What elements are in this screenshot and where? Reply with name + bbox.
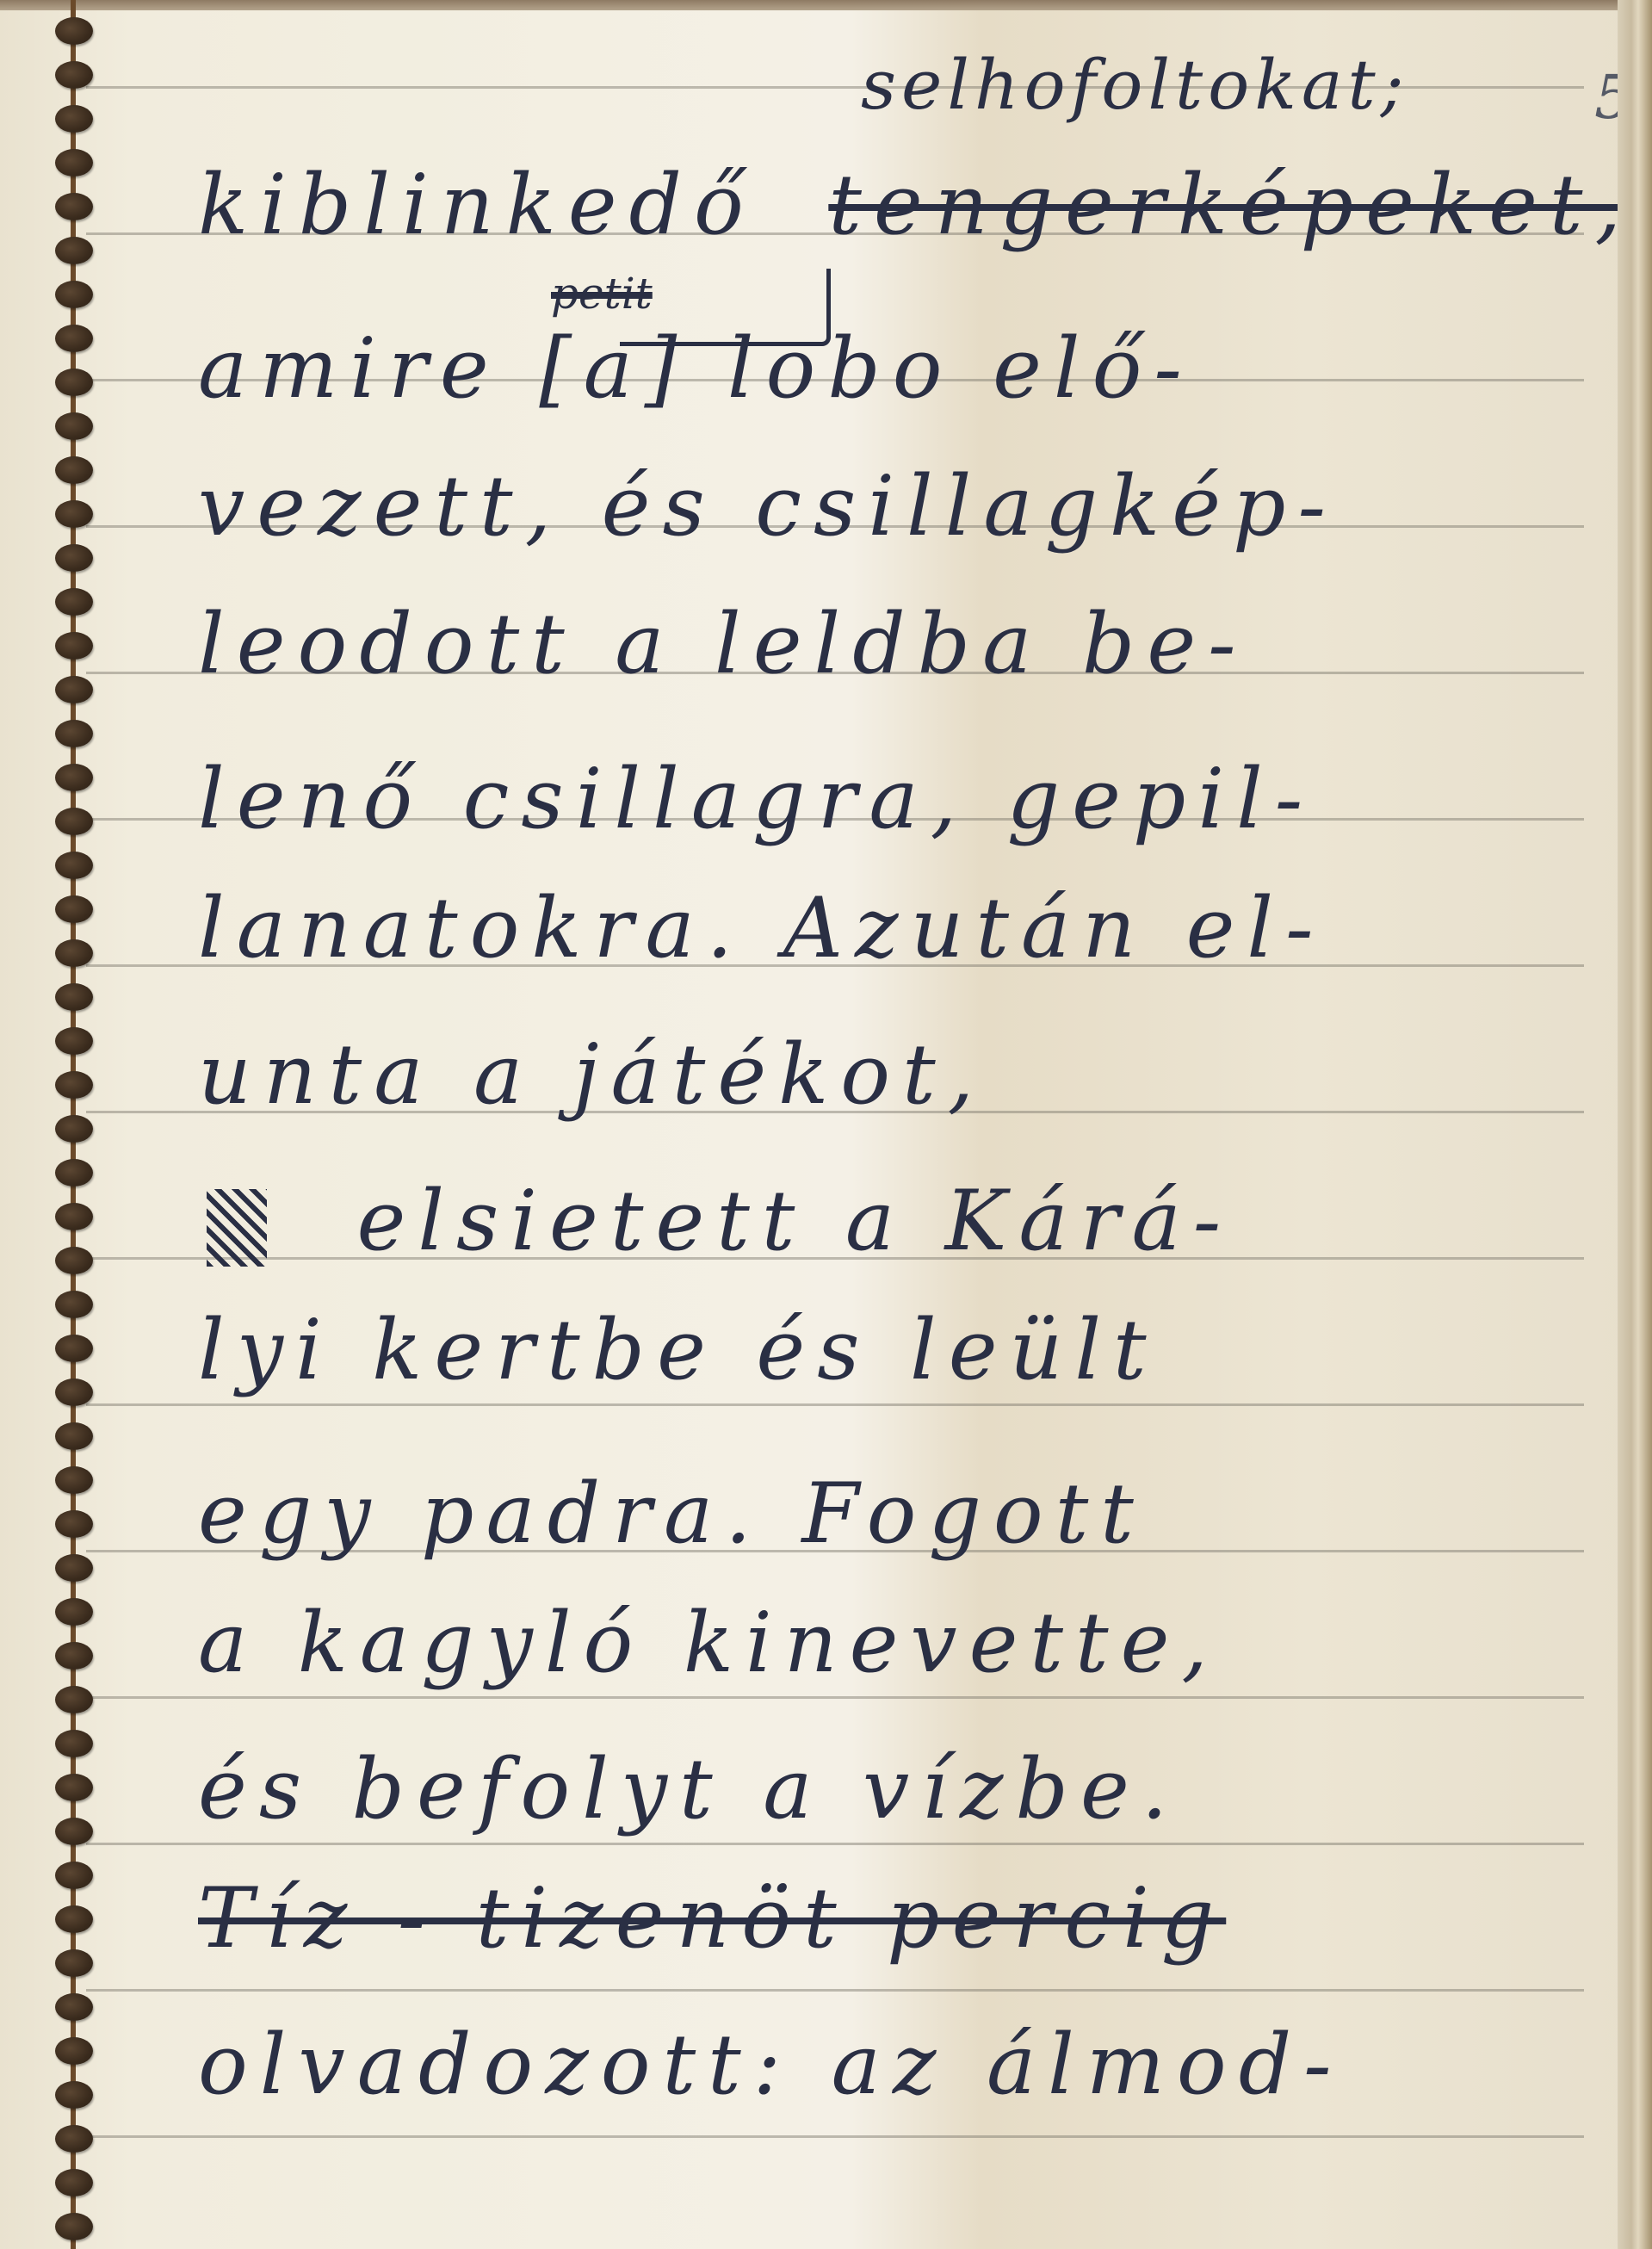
- spiral-ring: [55, 149, 93, 177]
- spiral-ring: [55, 412, 93, 440]
- manuscript-line: lanatokra. Azután el-: [198, 880, 1326, 976]
- spiral-ring: [55, 1949, 93, 1977]
- line-text: kiblinkedő: [198, 157, 756, 253]
- spiral-ring: [55, 1071, 93, 1099]
- spiral-ring: [55, 500, 93, 528]
- manuscript-line: olvadozott: az álmod-: [198, 2017, 1344, 2113]
- spiral-ring: [55, 983, 93, 1011]
- spiral-ring: [55, 1818, 93, 1845]
- manuscript-line: kiblinkedő tengerképeket,: [198, 157, 1633, 253]
- insertion-text: selhofoltokat;: [861, 45, 1409, 125]
- spiral-ring: [55, 1115, 93, 1143]
- spiral-ring: [55, 1554, 93, 1582]
- ruled-line: [86, 1989, 1584, 1992]
- scribble-mark: [207, 1189, 267, 1267]
- manuscript-line: lyi kertbe és leült: [198, 1302, 1159, 1398]
- spiral-ring: [55, 1159, 93, 1186]
- spiral-ring: [55, 764, 93, 791]
- spiral-ring: [55, 1774, 93, 1801]
- spiral-ring: [55, 544, 93, 572]
- spiral-ring: [55, 2125, 93, 2153]
- manuscript-line: vezett, és csillagkép-: [198, 458, 1338, 555]
- struck-text: tengerképeket,: [828, 157, 1633, 253]
- spiral-ring: [55, 1027, 93, 1055]
- spiral-ring: [55, 1335, 93, 1362]
- spiral-ring: [55, 852, 93, 879]
- spiral-ring: [55, 325, 93, 352]
- spiral-ring: [55, 281, 93, 308]
- spiral-ring: [55, 1203, 93, 1230]
- spiral-ring: [55, 1291, 93, 1318]
- spiral-ring: [55, 1686, 93, 1713]
- spiral-ring: [55, 1862, 93, 1889]
- spiral-ring: [55, 1466, 93, 1494]
- spiral-ring: [55, 2037, 93, 2065]
- spiral-ring: [55, 61, 93, 89]
- manuscript-line: egy padra. Fogott: [198, 1465, 1146, 1562]
- spiral-binding: [52, 0, 103, 2249]
- spiral-ring: [55, 720, 93, 747]
- ruled-line: [86, 1403, 1584, 1406]
- spiral-ring: [55, 369, 93, 396]
- spiral-ring: [55, 808, 93, 835]
- page-stack-edge: [1618, 0, 1652, 2249]
- spiral-ring: [55, 1905, 93, 1933]
- spiral-ring: [55, 2169, 93, 2196]
- spiral-ring: [55, 1730, 93, 1757]
- spiral-ring: [55, 1642, 93, 1670]
- manuscript-line: unta a játékot,: [198, 1026, 986, 1123]
- spiral-ring: [55, 105, 93, 133]
- manuscript-line: lenő csillagra, gepil-: [198, 751, 1315, 847]
- line-text: elsietett a Kárá-: [357, 1173, 1234, 1269]
- spiral-ring: [55, 456, 93, 484]
- spiral-ring: [55, 588, 93, 616]
- ruled-line: [86, 1843, 1584, 1845]
- spiral-ring: [55, 1510, 93, 1538]
- spiral-ring: [55, 1379, 93, 1406]
- struck-line: Tíz - tizenöt percig: [198, 1870, 1226, 1967]
- spiral-ring: [55, 1247, 93, 1274]
- spiral-ring: [55, 237, 93, 264]
- manuscript-line: amire [a] lobo elő-: [198, 320, 1194, 417]
- ruled-line: [86, 1696, 1584, 1699]
- spiral-ring: [55, 1993, 93, 2021]
- ruled-line: [86, 2135, 1584, 2138]
- spiral-ring: [55, 193, 93, 220]
- spiral-ring: [55, 895, 93, 923]
- manuscript-line: elsietett a Kárá-: [207, 1173, 1233, 1269]
- spiral-ring: [55, 2081, 93, 2109]
- spiral-ring: [55, 632, 93, 660]
- notebook-page: 5 selhofoltokat; petit kiblinkedő tenger…: [0, 10, 1636, 2249]
- spiral-ring: [55, 17, 93, 45]
- spiral-ring: [55, 1598, 93, 1626]
- spiral-ring: [55, 2213, 93, 2240]
- manuscript-line: és befolyt a vízbe.: [198, 1741, 1179, 1837]
- spiral-ring: [55, 1422, 93, 1450]
- manuscript-line: a kagyló kinevette,: [198, 1595, 1220, 1691]
- spiral-ring: [55, 676, 93, 703]
- spiral-ring: [55, 939, 93, 967]
- manuscript-line: leodott a leldba be-: [198, 596, 1248, 692]
